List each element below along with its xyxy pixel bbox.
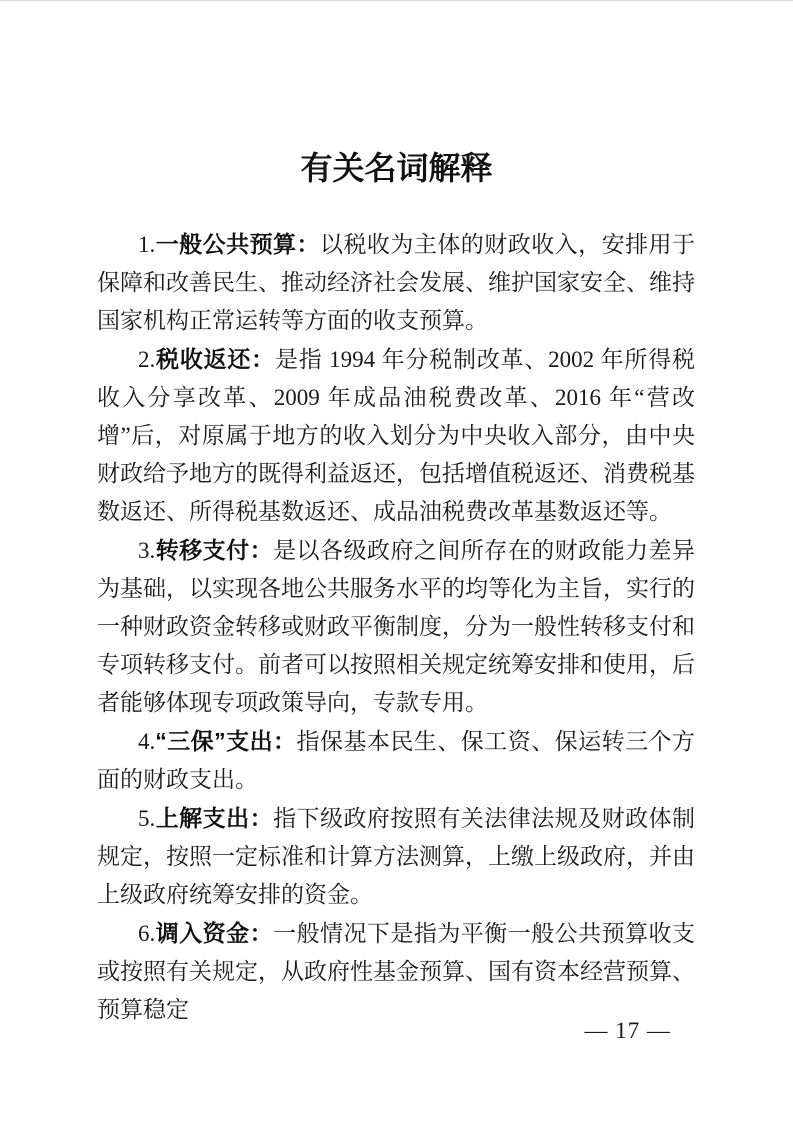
definition-term: 转移支付： [155, 537, 273, 563]
definition-term: 税收返还： [155, 346, 275, 372]
definition-item-2: 2.税收返还：是指 1994 年分税制改革、2002 年所得税收入分享改革、20… [97, 340, 695, 531]
definition-term: 调入资金： [155, 920, 273, 946]
definition-number: 2. [138, 347, 155, 372]
definition-number: 4. [138, 729, 155, 754]
definition-item-6: 6.调入资金：一般情况下是指为平衡一般公共预算收支或按照有关规定，从政府性基金预… [97, 914, 695, 1029]
definition-item-1: 1.一般公共预算：以税收为主体的财政收入，安排用于保障和改善民生、推动经济社会发… [97, 225, 695, 340]
definitions-list: 1.一般公共预算：以税收为主体的财政收入，安排用于保障和改善民生、推动经济社会发… [97, 225, 695, 1029]
definition-number: 1. [138, 232, 155, 257]
document-page: 有关名词解释 1.一般公共预算：以税收为主体的财政收入，安排用于保障和改善民生、… [0, 0, 793, 1123]
definition-term: 一般公共预算： [155, 231, 320, 257]
definition-item-5: 5.上解支出：指下级政府按照有关法律法规及财政体制规定，按照一定标准和计算方法测… [97, 799, 695, 914]
definition-text: 是指 1994 年分税制改革、2002 年所得税收入分享改革、2009 年成品油… [97, 347, 695, 524]
definition-number: 5. [138, 806, 155, 831]
definition-term: “三保”支出： [155, 728, 296, 754]
definition-number: 3. [138, 538, 155, 563]
page-title: 有关名词解释 [0, 150, 793, 186]
definition-term: 上解支出： [155, 805, 273, 831]
page-number: — 17 — [585, 1017, 672, 1045]
definition-text: 是以各级政府之间所存在的财政能力差异为基础，以实现各地公共服务水平的均等化为主旨… [97, 538, 695, 715]
definition-item-4: 4.“三保”支出：指保基本民生、保工资、保运转三个方面的财政支出。 [97, 722, 695, 799]
definition-item-3: 3.转移支付：是以各级政府之间所存在的财政能力差异为基础，以实现各地公共服务水平… [97, 531, 695, 722]
definition-number: 6. [138, 921, 155, 946]
